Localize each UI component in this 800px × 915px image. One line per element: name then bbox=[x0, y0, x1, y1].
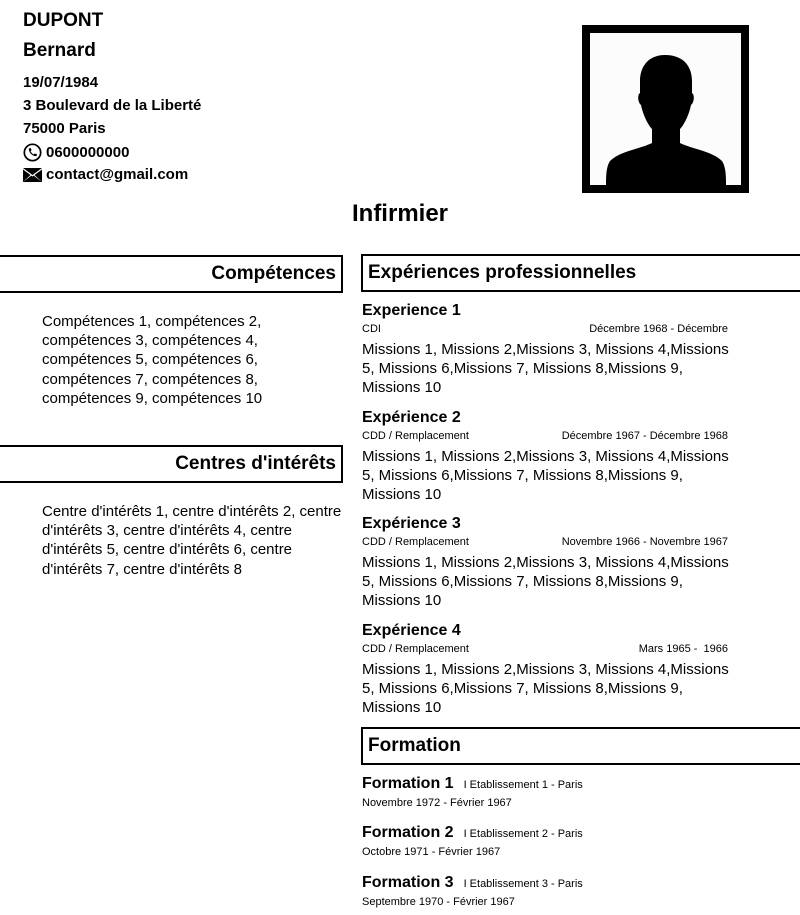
skills-heading-text: Compétences bbox=[211, 263, 336, 285]
experience-title: Expérience 4 bbox=[362, 621, 730, 641]
experience-item: Expérience 4 CDD / Remplacement Mars 196… bbox=[362, 621, 730, 718]
experience-missions: Missions 1, Missions 2,Missions 3, Missi… bbox=[362, 660, 730, 718]
formation-dates: Septembre 1970 - Février 1967 bbox=[362, 895, 782, 910]
envelope-icon bbox=[23, 168, 42, 182]
formation-school: I Etablissement 1 - Paris bbox=[464, 779, 583, 791]
experience-dates: Décembre 1968 - Décembre bbox=[589, 322, 730, 337]
formation-school: I Etablissement 2 - Paris bbox=[464, 828, 583, 840]
formation-heading: Formation bbox=[361, 727, 800, 765]
experience-missions: Missions 1, Missions 2,Missions 3, Missi… bbox=[362, 553, 730, 611]
experience-meta: CDD / Remplacement Mars 1965 - 1966 bbox=[362, 642, 730, 657]
experience-contract: CDD / Remplacement bbox=[362, 429, 469, 444]
formation-item: Formation 1 I Etablissement 1 - Paris No… bbox=[362, 774, 782, 811]
formation-dates: Novembre 1972 - Février 1967 bbox=[362, 796, 782, 811]
email-address: contact@gmail.com bbox=[46, 166, 188, 183]
experience-missions: Missions 1, Missions 2,Missions 3, Missi… bbox=[362, 340, 730, 398]
phone-line: 0600000000 bbox=[23, 143, 129, 162]
formation-item: Formation 2 I Etablissement 2 - Paris Oc… bbox=[362, 823, 782, 860]
experience-title: Experience 1 bbox=[362, 301, 730, 321]
job-title: Infirmier bbox=[0, 200, 800, 228]
email-line: contact@gmail.com bbox=[23, 166, 188, 183]
address-street: 3 Boulevard de la Liberté bbox=[23, 97, 201, 114]
formation-dates: Octobre 1971 - Février 1967 bbox=[362, 845, 782, 860]
experience-title: Expérience 3 bbox=[362, 514, 730, 534]
experiences-heading-text: Expériences professionnelles bbox=[368, 262, 636, 284]
first-name: Bernard bbox=[23, 40, 96, 62]
experience-item: Experience 1 CDI Décembre 1968 - Décembr… bbox=[362, 301, 730, 398]
experience-meta: CDD / Remplacement Novembre 1966 - Novem… bbox=[362, 535, 730, 550]
interests-heading-text: Centres d'intérêts bbox=[175, 453, 336, 475]
experience-contract: CDD / Remplacement bbox=[362, 535, 469, 550]
birth-date: 19/07/1984 bbox=[23, 74, 98, 91]
experience-contract: CDD / Remplacement bbox=[362, 642, 469, 657]
experience-item: Expérience 2 CDD / Remplacement Décembre… bbox=[362, 408, 730, 505]
formation-item: Formation 3 I Etablissement 3 - Paris Se… bbox=[362, 873, 782, 910]
experience-dates: Mars 1965 - 1966 bbox=[639, 642, 730, 657]
address-city: 75000 Paris bbox=[23, 120, 106, 137]
skills-heading: Compétences bbox=[0, 255, 343, 293]
experience-dates: Novembre 1966 - Novembre 1967 bbox=[562, 535, 730, 550]
formation-title: Formation 2 bbox=[362, 823, 454, 843]
formation-title: Formation 1 bbox=[362, 774, 454, 794]
experience-missions: Missions 1, Missions 2,Missions 3, Missi… bbox=[362, 447, 730, 505]
profile-photo bbox=[582, 25, 749, 193]
formation-heading-text: Formation bbox=[368, 735, 461, 757]
interests-heading: Centres d'intérêts bbox=[0, 445, 343, 483]
last-name: DUPONT bbox=[23, 10, 103, 32]
formation-title: Formation 3 bbox=[362, 873, 454, 893]
phone-number: 0600000000 bbox=[46, 144, 129, 161]
person-silhouette-icon bbox=[590, 33, 741, 185]
experiences-heading: Expériences professionnelles bbox=[361, 254, 800, 292]
interests-text: Centre d'intérêts 1, centre d'intérêts 2… bbox=[42, 502, 342, 579]
formation-school: I Etablissement 3 - Paris bbox=[464, 878, 583, 890]
experience-meta: CDD / Remplacement Décembre 1967 - Décem… bbox=[362, 429, 730, 444]
experience-item: Expérience 3 CDD / Remplacement Novembre… bbox=[362, 514, 730, 611]
experience-contract: CDI bbox=[362, 322, 381, 337]
phone-icon bbox=[23, 143, 42, 162]
experience-title: Expérience 2 bbox=[362, 408, 730, 428]
skills-text: Compétences 1, compétences 2, compétence… bbox=[42, 312, 342, 408]
experience-dates: Décembre 1967 - Décembre 1968 bbox=[562, 429, 730, 444]
experience-meta: CDI Décembre 1968 - Décembre bbox=[362, 322, 730, 337]
